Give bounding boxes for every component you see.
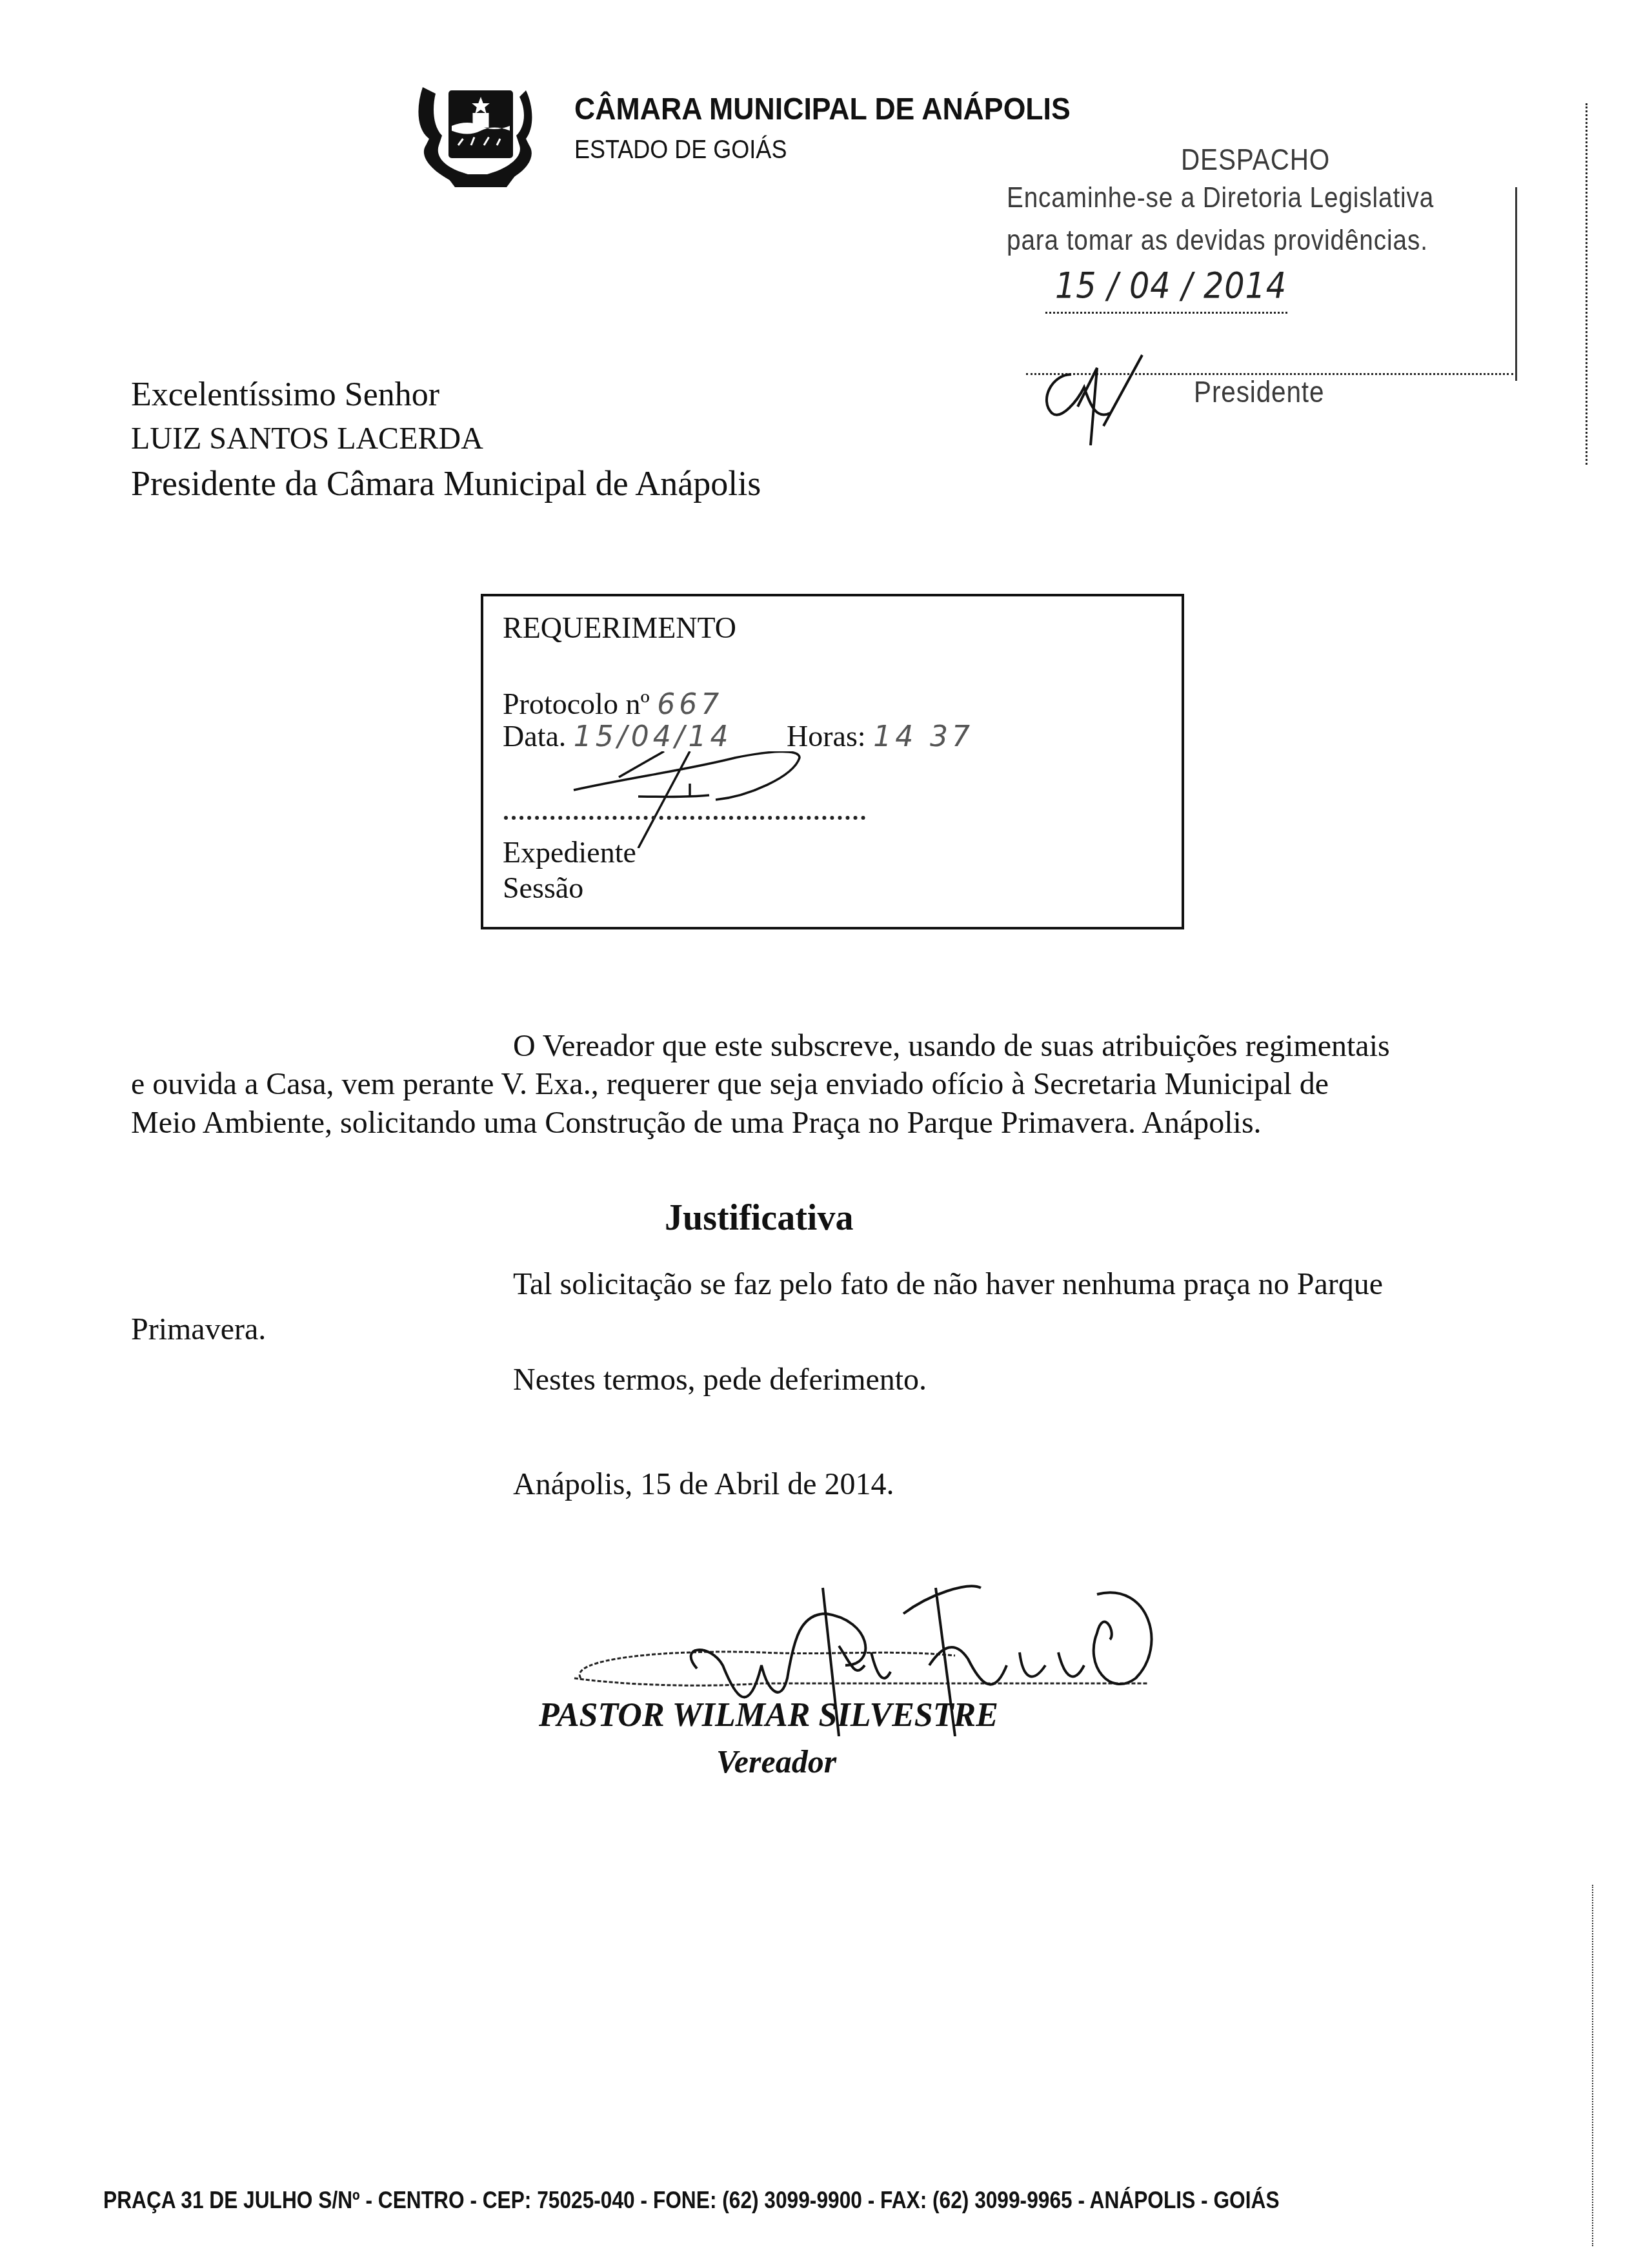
- stamp-handwritten-date: 15 / 04 / 2014: [1055, 265, 1287, 307]
- place-and-date: Anápolis, 15 de Abril de 2014.: [513, 1466, 894, 1502]
- justification-line: Tal solicitação se faz pelo fato de não …: [513, 1266, 1383, 1302]
- sessao-label: Sessão: [503, 871, 583, 905]
- institution-subtitle: ESTADO DE GOIÁS: [574, 136, 787, 165]
- institution-title: CÂMARA MUNICIPAL DE ANÁPOLIS: [574, 92, 1071, 127]
- recipient-position: Presidente da Câmara Municipal de Anápol…: [131, 463, 761, 503]
- requerimento-title: REQUERIMENTO: [503, 611, 736, 645]
- request-paragraph-line: e ouvida a Casa, vem perante V. Exa., re…: [131, 1066, 1329, 1102]
- stamp-instruction-line-1: Encaminhe-se a Diretoria Legislativa: [1007, 182, 1434, 214]
- handwritten-initials-icon: [554, 751, 864, 848]
- stamp-border-line: [1515, 187, 1517, 381]
- despacho-stamp: DESPACHO Encaminhe-se a Diretoria Legisl…: [1007, 142, 1536, 420]
- expediente-label: Expediente: [503, 835, 636, 869]
- closing-phrase: Nestes termos, pede deferimento.: [513, 1362, 927, 1397]
- protocolo-label: Protocolo nº: [503, 687, 650, 720]
- data-label: Data.: [503, 720, 566, 753]
- requerimento-protocol-box: REQUERIMENTO Protocolo nº 667 Data. 15/0…: [481, 594, 1184, 929]
- signer-name: PASTOR WILMAR SILVESTRE: [539, 1696, 998, 1734]
- stamp-signer-label: Presidente: [1194, 374, 1324, 409]
- signature-dotted-line: [504, 816, 865, 820]
- recipient-salutation: Excelentíssimo Senhor: [131, 376, 439, 414]
- scan-edge-line: [1592, 1885, 1593, 2246]
- justification-line: Primavera.: [131, 1312, 266, 1347]
- horas-label: Horas:: [787, 720, 866, 753]
- request-paragraph-line: Meio Ambiente, solicitando uma Construçã…: [131, 1105, 1262, 1141]
- horas-value: 14 37: [873, 720, 974, 753]
- signer-role: Vereador: [716, 1743, 836, 1780]
- stamp-date-line: [1045, 312, 1287, 314]
- municipal-coat-of-arms-icon: [413, 74, 552, 197]
- data-value: 15/04/14: [574, 720, 732, 753]
- protocolo-field: Protocolo nº 667: [503, 687, 723, 721]
- recipient-name: LUIZ SANTOS LACERDA: [131, 421, 483, 456]
- stamp-title: DESPACHO: [1181, 142, 1330, 177]
- horas-field: Horas: 14 37: [787, 719, 974, 753]
- stamp-instruction-line-2: para tomar as devidas providências.: [1007, 225, 1428, 257]
- data-field: Data. 15/04/14: [503, 719, 732, 753]
- justification-heading: Justificativa: [665, 1197, 853, 1239]
- footer-address: PRAÇA 31 DE JULHO S/Nº - CENTRO - CEP: 7…: [103, 2187, 1280, 2214]
- scan-edge-line: [1586, 103, 1587, 465]
- request-paragraph-line: O Vereador que este subscreve, usando de…: [513, 1028, 1390, 1064]
- handwritten-signature-icon: [1032, 349, 1162, 445]
- protocolo-value: 667: [657, 688, 723, 721]
